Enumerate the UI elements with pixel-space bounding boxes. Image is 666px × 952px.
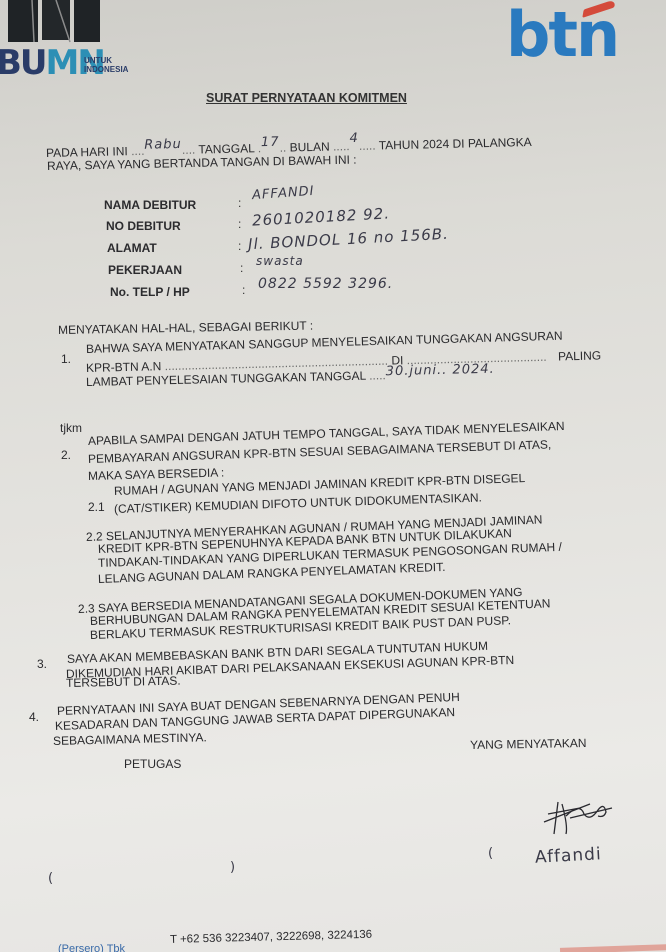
colon: : <box>238 196 241 210</box>
declarant-name: Affandi <box>535 844 603 867</box>
year-text: TAHUN 2024 DI PALANGKA <box>379 135 532 152</box>
binder-clip-icon <box>4 0 104 44</box>
declarant-paren-open: ( <box>488 846 494 861</box>
document-title: SURAT PERNYATAAN KOMITMEN <box>206 91 407 105</box>
statements-heading: MENYATAKAN HAL-HAL, SEBAGAI BERIKUT : <box>58 319 313 337</box>
paling-label: PALING <box>558 348 601 363</box>
sub-item-number: 2.1 <box>88 500 105 514</box>
month-value: 4 <box>349 131 359 146</box>
day-value: Rabu <box>144 137 182 153</box>
field-label-debtor-no: NO DEBITUR <box>106 219 181 233</box>
officer-paren-open: ( <box>48 871 54 886</box>
field-value-phone: 0822 5592 3296. <box>258 276 393 292</box>
field-label-name: NAMA DEBITUR <box>104 198 196 212</box>
officer-label: PETUGAS <box>124 757 181 771</box>
footer-phone: T +62 536 3223407, 3222698, 3224136 <box>170 929 372 946</box>
field-label-occupation: PEKERJAAN <box>108 263 182 277</box>
colon: : <box>242 283 245 297</box>
item-number: 4. <box>29 710 39 724</box>
colon: : <box>240 261 243 275</box>
bumn-sub-line2: INDONESIA <box>84 65 128 74</box>
item-number: 1. <box>61 352 71 366</box>
footer-company: (Persero) Tbk <box>58 943 125 952</box>
field-value-occupation: swasta <box>256 254 304 268</box>
deadline-date-value: 30.juni.. 2024. <box>386 362 495 379</box>
footer-accent-bar <box>560 944 666 952</box>
officer-paren-close: ) <box>230 860 236 875</box>
item4-line3: SEBAGAIMANA MESTINYA. <box>53 730 207 748</box>
btn-logo: btn <box>506 2 618 68</box>
item3-line3: TERSEBUT DI ATAS. <box>66 674 181 690</box>
colon: : <box>238 239 241 253</box>
date-value: 17 <box>261 135 280 150</box>
bumn-logo-bu: BU <box>0 43 46 83</box>
colon: : <box>238 217 241 231</box>
bumn-sub-line1: UNTUK <box>84 56 128 65</box>
field-value-address: Jl. BONDOL 16 no 156B. <box>248 225 450 253</box>
field-value-debtor-no: 2601020182 92. <box>252 204 391 229</box>
signature-icon <box>540 796 620 836</box>
field-value-name: AFFANDI <box>252 184 315 203</box>
item-number: 3. <box>37 657 47 671</box>
field-label-address: ALAMAT <box>107 241 157 255</box>
declarant-label: YANG MENYATAKAN <box>470 736 587 752</box>
bumn-logo-subtitle: UNTUK INDONESIA <box>84 56 128 74</box>
tjkm-note: tjkm <box>60 421 82 435</box>
field-label-phone: No. TELP / HP <box>110 285 190 299</box>
item-number: 2. <box>61 448 71 462</box>
document-page: BUMN UNTUK INDONESIA btn SURAT PERNYATAA… <box>0 0 666 952</box>
